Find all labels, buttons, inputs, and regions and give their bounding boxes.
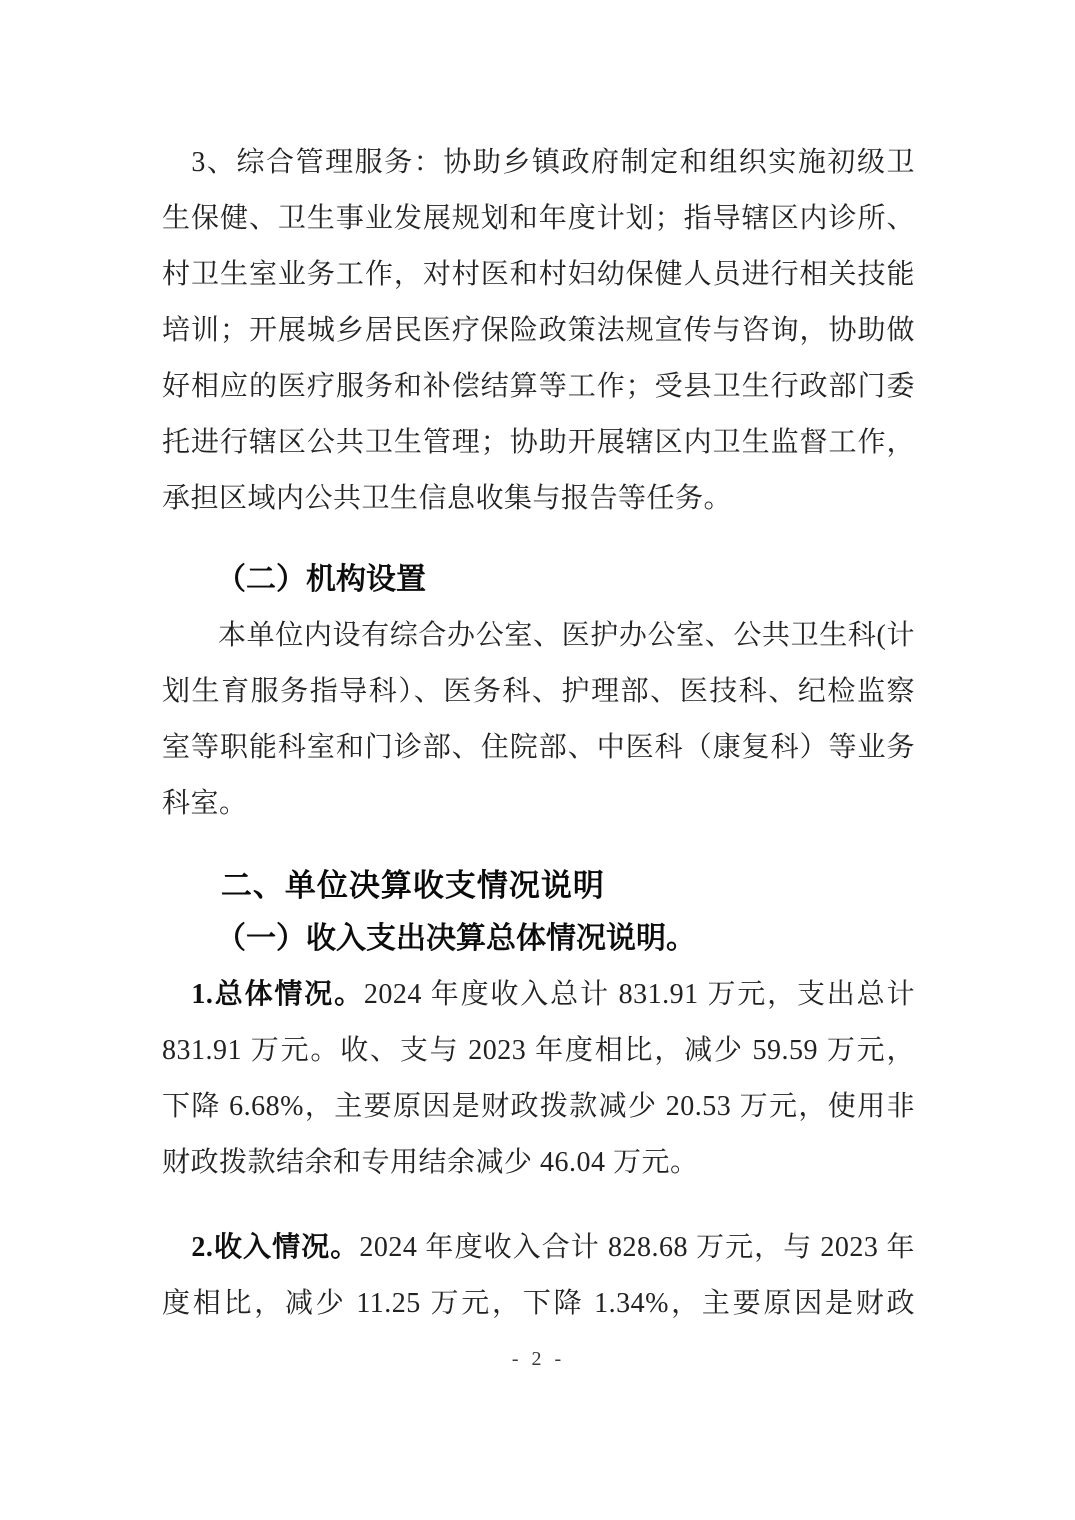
section-heading-budget-statement: 二、单位决算收支情况说明 (162, 861, 915, 911)
paragraph-overall-situation: 1.总体情况。2024 年度收入总计 831.91 万元，支出总计 831.91… (162, 967, 915, 1191)
paragraph-org-structure: 本单位内设有综合办公室、医护办公室、公共卫生科(计划生育服务指导科）、医务科、护… (162, 608, 915, 832)
page-number: - 2 - (162, 1346, 915, 1372)
paragraph-income-situation: 2.收入情况。2024 年度收入合计 828.68 万元，与 2023 年度相比… (162, 1220, 915, 1332)
subsection-heading-income-expenditure-overview: （一）收入支出决算总体情况说明。 (162, 911, 915, 967)
document-page: 3、综合管理服务：协助乡镇政府制定和组织实施初级卫生保健、卫生事业发展规划和年度… (0, 0, 1075, 1520)
paragraph-lead-income: 2.收入情况。 (191, 1232, 359, 1263)
section-heading-org-structure: （二）机构设置 (162, 552, 915, 608)
paragraph-lead-overall: 1.总体情况。 (191, 979, 364, 1010)
paragraph-service-duties: 3、综合管理服务：协助乡镇政府制定和组织实施初级卫生保健、卫生事业发展规划和年度… (162, 135, 915, 527)
